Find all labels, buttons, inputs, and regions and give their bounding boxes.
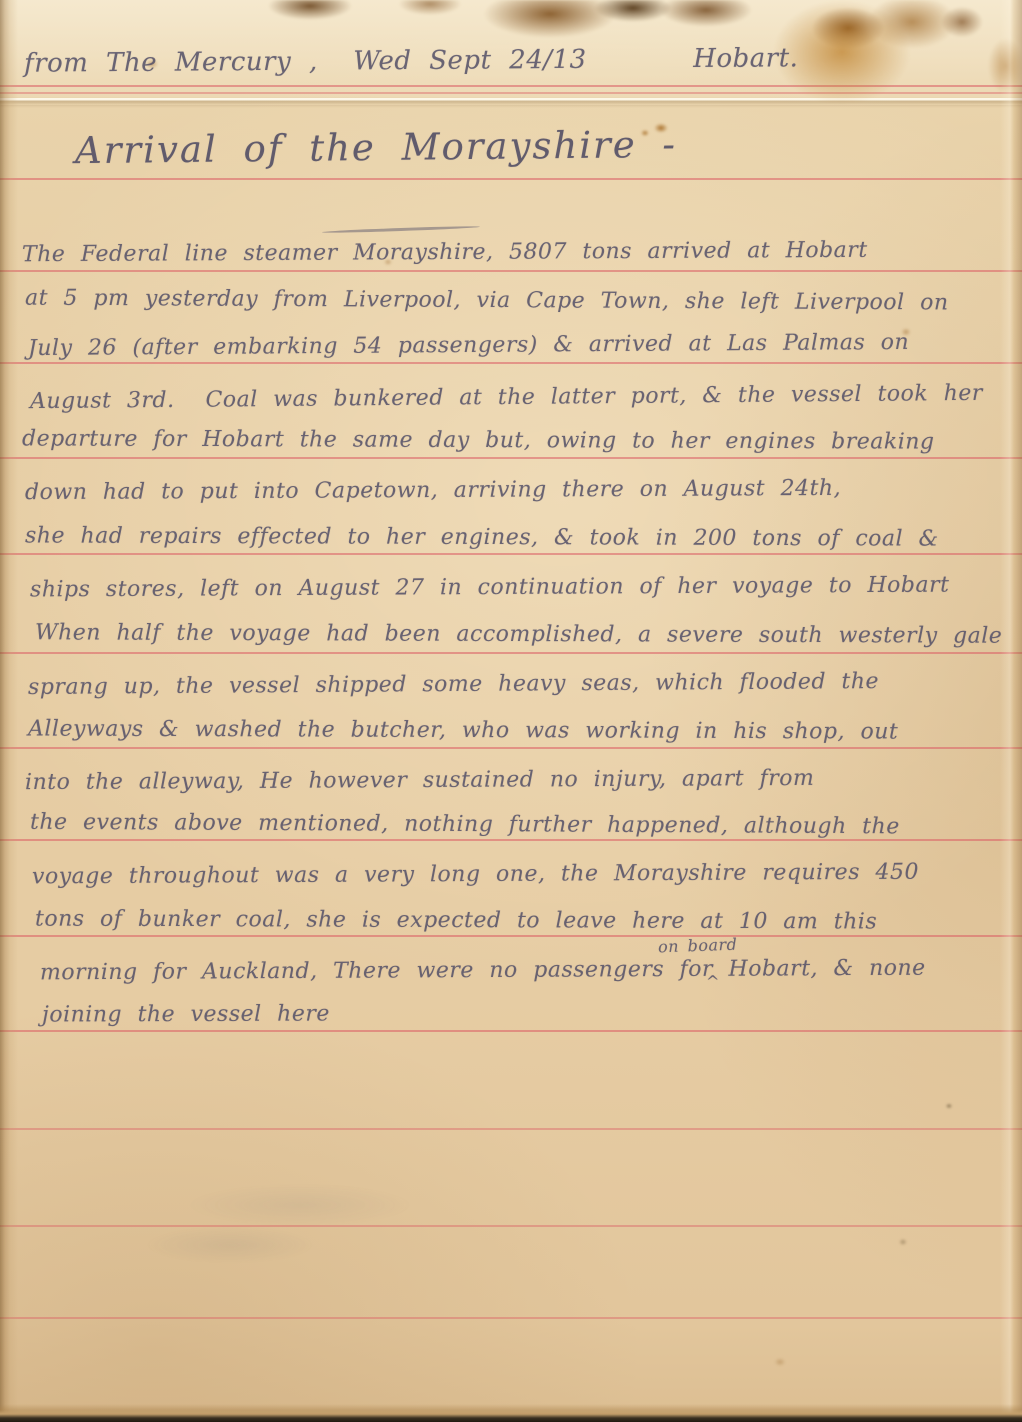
handwritten-line: she had repairs effected to her engines,… [25, 523, 939, 551]
handwritten-line: voyage throughout was a very long one, t… [32, 860, 919, 890]
handwritten-line: into the alleyway, He however sustained … [25, 766, 814, 795]
handwritten-line: The Federal line steamer Morayshire, 580… [22, 238, 868, 267]
page-bottom-edge [0, 1404, 1022, 1422]
handwritten-line: the events above mentioned, nothing furt… [30, 810, 900, 840]
handwritten-line: at 5 pm yesterday from Liverpool, via Ca… [25, 286, 949, 316]
stain-blotches [0, 0, 1022, 1422]
page-right-edge [1000, 0, 1022, 1422]
page-left-edge [0, 0, 18, 1422]
handwritten-line: down had to put into Capetown, arriving … [25, 476, 841, 505]
source-caption: from The Mercury , Wed Sept 24/13 Hobart… [24, 43, 799, 78]
handwritten-line: morning for Auckland, There were no pass… [40, 956, 926, 986]
insertion-note: on board [658, 935, 738, 957]
handwritten-line: departure for Hobart the same day but, o… [22, 426, 935, 454]
handwritten-line: tons of bunker coal, she is expected to … [35, 907, 877, 935]
handwritten-line: When half the voyage had been accomplish… [35, 620, 1002, 648]
notebook-page: from The Mercury , Wed Sept 24/13 Hobart… [0, 0, 1022, 1422]
handwritten-line: ships stores, left on August 27 in conti… [30, 573, 950, 603]
page-title: Arrival of the Morayshire - [75, 123, 677, 172]
handwritten-line: joining the vessel here [42, 1001, 330, 1027]
insertion-caret-mark: ^ [706, 972, 720, 991]
handwritten-line: Alleyways & washed the butcher, who was … [28, 716, 898, 744]
